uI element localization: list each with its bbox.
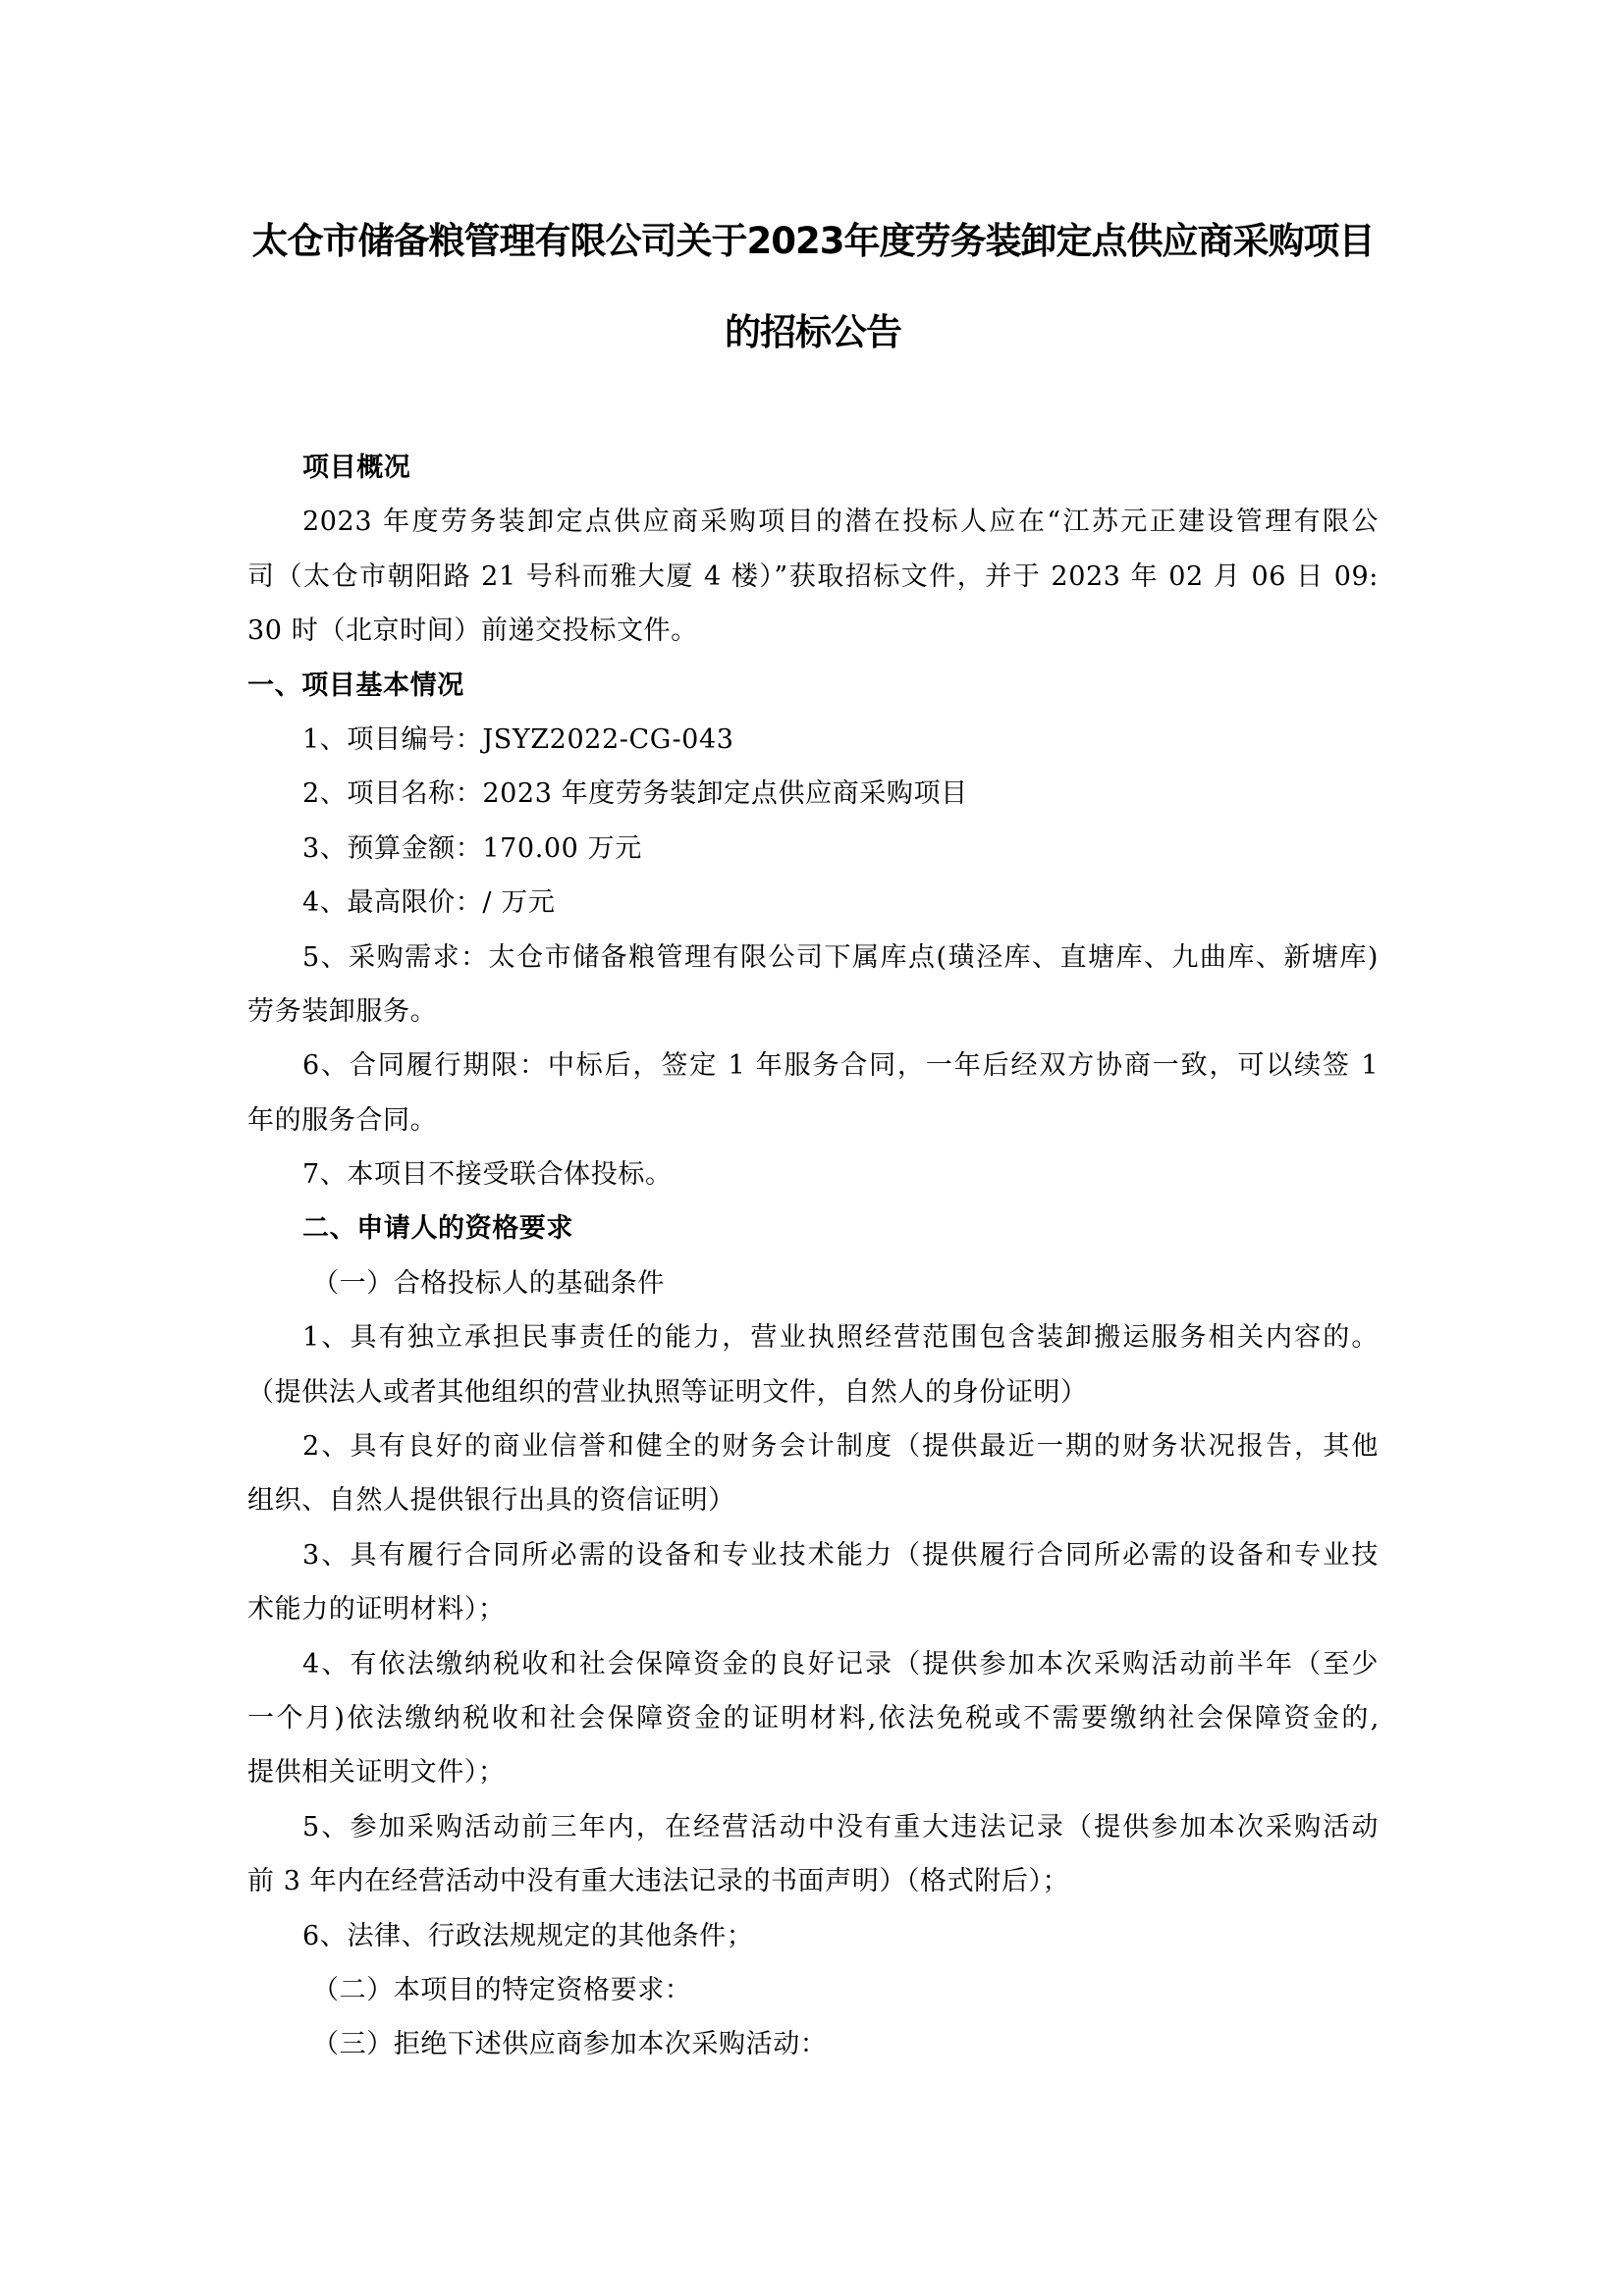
requirement-line: 1、具有独立承担民事责任的能力，营业执照经营范围包含装卸搬运服务相关内容的。: [247, 1310, 1379, 1364]
section-1-item: 3、预算金额：170.00 万元: [247, 822, 1379, 876]
section-1-item: 1、项目编号：JSYZ2022-CG-043: [247, 713, 1379, 767]
requirement-line: 前 3 年内在经营活动中没有重大违法记录的书面声明）（格式附后）；: [247, 1854, 1379, 1908]
section-1-item: 5、采购需求：太仓市储备粮管理有限公司下属库点(璜泾库、直塘库、九曲库、新塘库): [247, 931, 1379, 985]
document-title-line-2: 的招标公告: [247, 302, 1379, 355]
section-1-item-continued: 劳务装卸服务。: [247, 985, 1379, 1039]
subsection-3-heading: （三）拒绝下述供应商参加本次采购活动：: [247, 2017, 1379, 2071]
section-1-item: 6、合同履行期限：中标后，签定 1 年服务合同，一年后经双方协商一致，可以续签 …: [247, 1039, 1379, 1093]
subsection-2-heading: （二）本项目的特定资格要求：: [247, 1963, 1379, 2017]
requirement-line: 提供相关证明文件）；: [247, 1745, 1379, 1799]
requirement-line: 6、法律、行政法规规定的其他条件；: [247, 1909, 1379, 1963]
requirement-line: 2、具有良好的商业信誉和健全的财务会计制度（提供最近一期的财务状况报告，其他: [247, 1419, 1379, 1473]
overview-line: 30 时（北京时间）前递交投标文件。: [247, 604, 1379, 658]
requirement-line: 4、有依法缴纳税收和社会保障资金的良好记录（提供参加本次采购活动前半年（至少: [247, 1637, 1379, 1691]
section-2-heading: 二、申请人的资格要求: [247, 1201, 1379, 1255]
requirement-line: 一个月)依法缴纳税收和社会保障资金的证明材料,依法免税或不需要缴纳社会保障资金的…: [247, 1691, 1379, 1745]
overview-line: 2023 年度劳务装卸定点供应商采购项目的潜在投标人应在“江苏元正建设管理有限公: [247, 495, 1379, 549]
overview-line: 司（太仓市朝阳路 21 号科而雅大厦 4 楼）”获取招标文件，并于 2023 年…: [247, 550, 1379, 604]
section-1-item: 7、本项目不接受联合体投标。: [247, 1148, 1379, 1201]
subsection-1-heading: （一）合格投标人的基础条件: [247, 1256, 1379, 1310]
section-1-item: 4、最高限价：/ 万元: [247, 876, 1379, 930]
requirement-line: 3、具有履行合同所必需的设备和专业技术能力（提供履行合同所必需的设备和专业技: [247, 1528, 1379, 1582]
document-body: 项目概况 2023 年度劳务装卸定点供应商采购项目的潜在投标人应在“江苏元正建设…: [247, 441, 1379, 2072]
requirement-line: （提供法人或者其他组织的营业执照等证明文件，自然人的身份证明）: [247, 1365, 1379, 1419]
requirement-line: 术能力的证明材料）；: [247, 1582, 1379, 1636]
document-title-line-1: 太仓市储备粮管理有限公司关于2023年度劳务装卸定点供应商采购项目: [247, 211, 1379, 264]
requirement-line: 组织、自然人提供银行出具的资信证明）: [247, 1473, 1379, 1527]
section-1-item-continued: 年的服务合同。: [247, 1094, 1379, 1148]
section-1-item: 2、项目名称：2023 年度劳务装卸定点供应商采购项目: [247, 767, 1379, 821]
requirement-line: 5、参加采购活动前三年内，在经营活动中没有重大违法记录（提供参加本次采购活动: [247, 1800, 1379, 1854]
overview-heading: 项目概况: [247, 441, 1379, 495]
section-1-heading: 一、项目基本情况: [247, 659, 1379, 713]
